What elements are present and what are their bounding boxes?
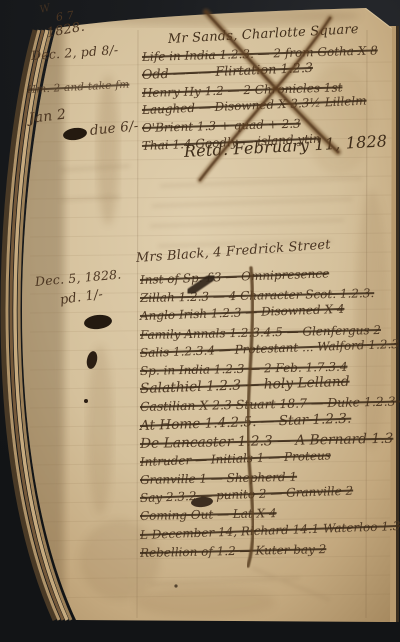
account-1-due-note: due 6/- <box>89 118 139 139</box>
handwriting-layer: W 6 7 1828. Dec. 2, pd 8/- Hm. 2 and tak… <box>0 0 400 642</box>
account-2-date: Dec. 5, 1828. <box>34 266 122 288</box>
account-1-year: 1828. <box>46 19 86 40</box>
account-1-date-paid: Dec. 2, pd 8/- <box>30 42 118 63</box>
margin-scribble: W <box>39 3 52 16</box>
account-2-customer: Mrs Black, 4 Fredrick Street <box>135 237 331 266</box>
photograph-of-ledger-page: W 6 7 1828. Dec. 2, pd 8/- Hm. 2 and tak… <box>0 0 400 642</box>
account-2-entries: Inst of Sp. £3 — OmnipresenceZillah 1.2.… <box>140 271 400 562</box>
account-1-date-2: Jan 2 <box>28 107 67 127</box>
account-2-paid-note: pd. 1/- <box>59 287 104 308</box>
account-1-margin-note: Hm. 2 and take fm <box>27 79 130 96</box>
